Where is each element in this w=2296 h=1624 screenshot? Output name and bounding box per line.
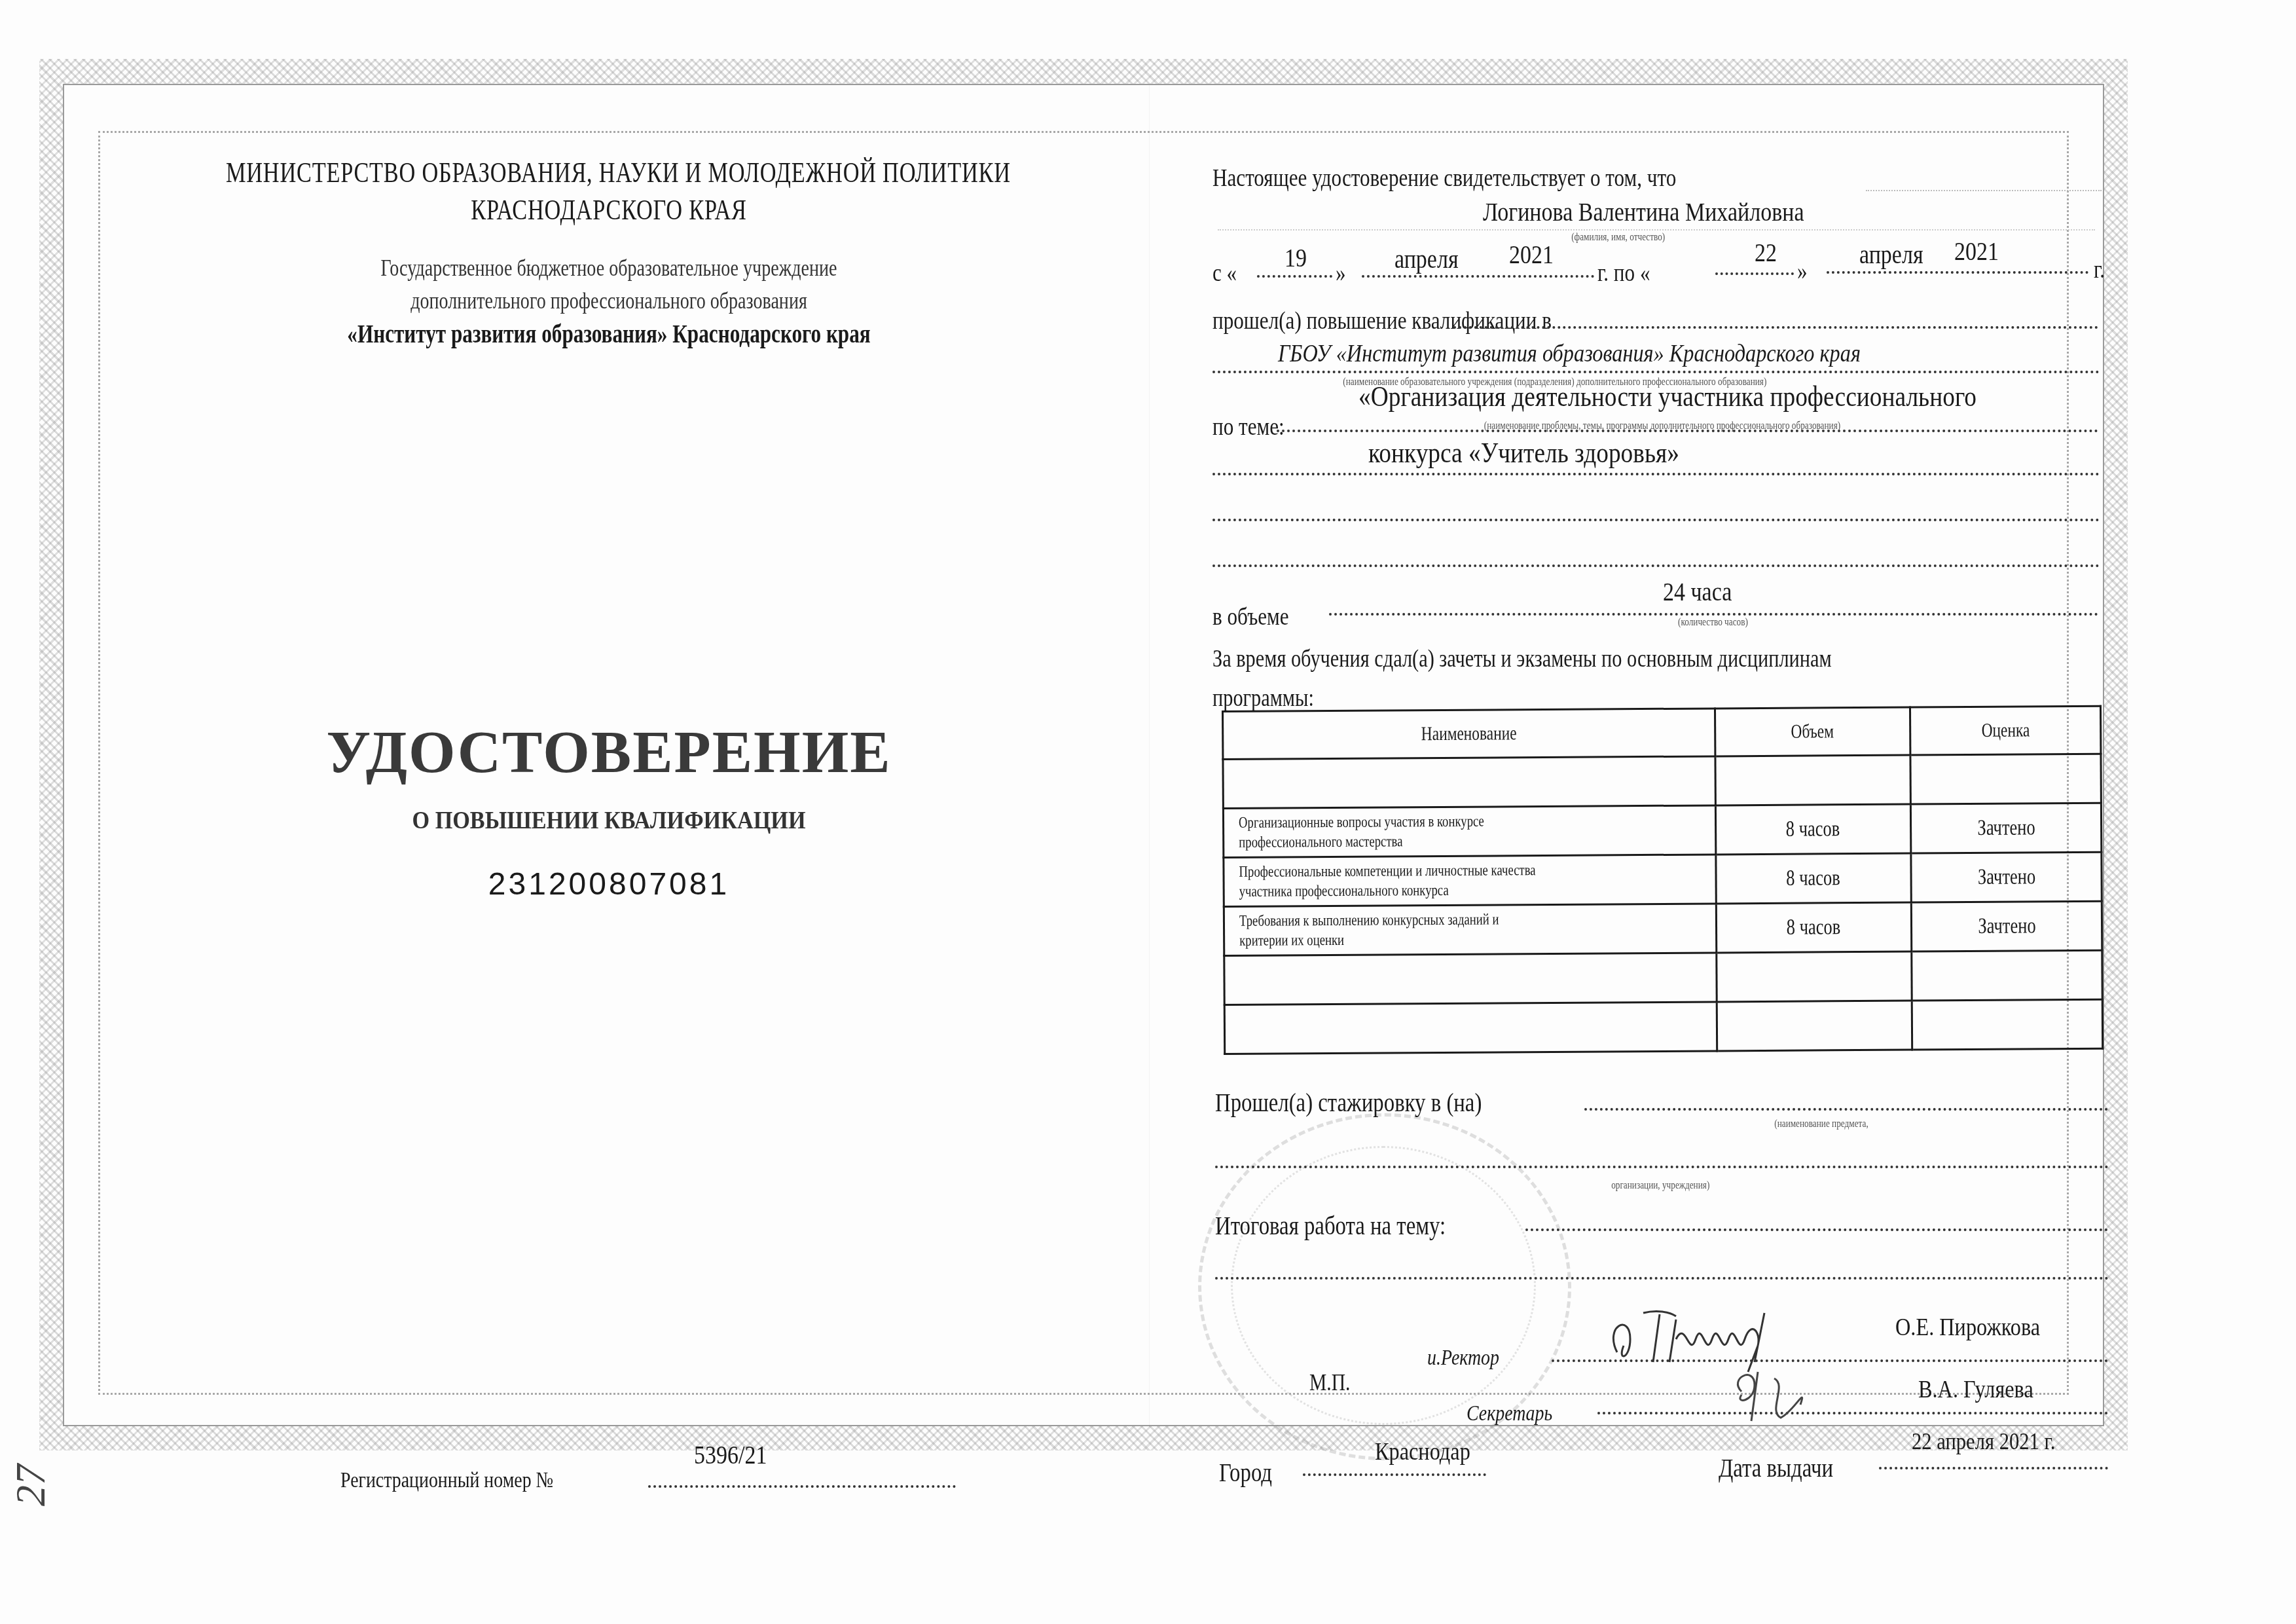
date-to-suffix: » — [1797, 257, 1808, 286]
name-caption: (фамилия, имя, отчество) — [1571, 231, 1665, 244]
issue-date-dotline — [1879, 1467, 2108, 1469]
table-row: Профессиональные компетенции и личностны… — [1224, 852, 2102, 906]
secretary-dotline — [1597, 1412, 2108, 1414]
row-volume — [1715, 755, 1911, 805]
date-to-prefix: г. по « — [1597, 259, 1650, 287]
internship-caption-2: организации, учреждения) — [1611, 1179, 1709, 1192]
row-grade: Зачтено — [1978, 913, 2035, 939]
ministry-line-2: КРАСНОДАРСКОГО КРАЯ — [226, 193, 992, 227]
row-name-2: участника профессионального конкурса — [1239, 879, 1611, 901]
institution-dotline — [1212, 371, 2100, 373]
topic-line-1: «Организация деятельности участника проф… — [1358, 380, 1977, 413]
row-grade — [1912, 999, 2102, 1050]
topic-label: по теме: — [1212, 413, 1285, 441]
institution-value: ГБОУ «Институт развития образования» Кра… — [1278, 339, 1861, 368]
col-header-volume: Объем — [1791, 720, 1834, 743]
passed-label: прошел(а) повышение квалификации в — [1212, 306, 1552, 335]
table-row — [1224, 950, 2102, 1005]
final-work-dotline — [1525, 1228, 2108, 1231]
row-name — [1240, 1027, 1611, 1029]
ministry-line-1: МИНИСТЕРСТВО ОБРАЗОВАНИЯ, НАУКИ И МОЛОДЕ… — [226, 156, 992, 189]
row-volume: 8 часов — [1787, 915, 1841, 940]
row-volume — [1717, 1001, 1912, 1051]
doc-number: 231200807081 — [249, 866, 969, 902]
table-row — [1223, 754, 2101, 808]
final-work-label: Итоговая работа на тему: — [1215, 1210, 1446, 1241]
city-label: Город — [1219, 1457, 1272, 1488]
row-name: Организационные вопросы участия в конкур… — [1239, 811, 1610, 832]
table-row: Требования к выполнению конкурсных задан… — [1224, 901, 2102, 955]
page-fold — [1149, 85, 1150, 1428]
row-name — [1240, 978, 1611, 980]
doc-subtitle: О ПОВЫШЕНИИ КВАЛИФИКАЦИИ — [285, 806, 933, 835]
date-from-year: 2021 — [1509, 239, 1554, 270]
grades-table: Наименование Объем Оценка Организационны… — [1222, 705, 2104, 1055]
from-day-dotline — [1257, 275, 1332, 278]
exams-line-2: программы: — [1212, 684, 1314, 712]
col-header-name: Наименование — [1421, 722, 1517, 745]
secretary-signature-icon — [1728, 1365, 1820, 1424]
volume-label: в объеме — [1212, 602, 1289, 631]
date-to-end: г. — [2094, 255, 2105, 284]
row-volume — [1716, 951, 1912, 1002]
topic-line-2: конкурса «Учитель здоровья» — [1368, 436, 1679, 470]
row-volume: 8 часов — [1787, 866, 1841, 891]
volume-caption: (количество часов) — [1678, 616, 1748, 629]
reg-number: 5396/21 — [694, 1439, 767, 1470]
date-to-year: 2021 — [1954, 236, 1999, 267]
row-name: Профессиональные компетенции и личностны… — [1239, 860, 1610, 881]
row-name: Требования к выполнению конкурсных задан… — [1239, 909, 1611, 931]
city-value: Краснодар — [1375, 1437, 1470, 1466]
date-from-month: апреля — [1394, 244, 1459, 274]
issue-date-label: Дата выдачи — [1719, 1452, 1833, 1483]
row-grade — [1910, 754, 2101, 804]
row-name-2: критерии их оценки — [1239, 929, 1611, 950]
full-name: Логинова Валентина Михайловна — [1483, 196, 1804, 227]
topic-dotline-2 — [1212, 473, 2100, 475]
row-grade: Зачтено — [1977, 815, 2035, 841]
intro-text: Настоящее удостоверение свидетельствует … — [1212, 164, 1676, 193]
from-month-dotline — [1362, 275, 1594, 278]
row-grade: Зачтено — [1977, 864, 2035, 890]
date-to-month: апреля — [1859, 239, 1923, 270]
handwritten-mark: 27 — [7, 1464, 55, 1506]
internship-dotline — [1584, 1108, 2108, 1111]
rector-name: О.Е. Пирожкова — [1895, 1313, 2040, 1342]
final-work-dotline-2 — [1215, 1277, 2109, 1280]
institution-line-3: «Институт развития образования» Краснода… — [226, 318, 992, 349]
topic-dotline-3 — [1212, 519, 2100, 521]
topic-caption: (наименование проблемы, темы, программы … — [1484, 419, 1840, 432]
to-day-dotline — [1715, 272, 1794, 275]
reg-dotline — [648, 1485, 956, 1488]
table-row: Организационные вопросы участия в конкур… — [1223, 803, 2101, 857]
doc-title: УДОСТОВЕРЕНИЕ — [249, 717, 969, 786]
volume-value: 24 часа — [1663, 576, 1732, 607]
row-name — [1239, 781, 1610, 783]
row-name-2 — [1239, 781, 1610, 783]
date-from-suffix: » — [1336, 259, 1346, 287]
table-header-row: Наименование Объем Оценка — [1223, 706, 2101, 759]
secretary-label: Секретарь — [1467, 1401, 1552, 1426]
issue-date-value: 22 апреля 2021 г. — [1912, 1428, 2055, 1455]
city-dotline — [1303, 1473, 1486, 1476]
stamp-label: М.П. — [1309, 1369, 1350, 1396]
date-to-day: 22 — [1755, 237, 1777, 268]
passed-dotline — [1453, 326, 2098, 329]
internship-dotline-2 — [1215, 1166, 2109, 1168]
row-grade — [1912, 950, 2102, 1001]
institution-line-2: дополнительного профессионального образо… — [226, 287, 992, 314]
to-month-dotline — [1827, 271, 2088, 274]
date-from-prefix: с « — [1212, 259, 1237, 287]
topic-dotline-4 — [1212, 564, 2100, 567]
reg-label: Регистрационный номер № — [340, 1468, 553, 1493]
col-header-grade: Оценка — [1981, 719, 2030, 741]
row-name-2: профессионального мастерства — [1239, 830, 1610, 852]
row-volume: 8 часов — [1786, 817, 1840, 842]
rector-label: и.Ректор — [1427, 1346, 1499, 1371]
internship-caption-1: (наименование предмета, — [1774, 1117, 1868, 1130]
internship-label: Прошел(а) стажировку в (на) — [1215, 1087, 1482, 1118]
institution-line-1: Государственное бюджетное образовательно… — [226, 254, 992, 282]
date-from-day: 19 — [1285, 242, 1307, 273]
exams-line-1: За время обучения сдал(а) зачеты и экзам… — [1212, 645, 1832, 673]
table-row — [1224, 999, 2102, 1054]
secretary-name: В.А. Гуляева — [1918, 1375, 2033, 1404]
official-seal-inner — [1231, 1146, 1536, 1425]
intro-dotline — [1866, 190, 2102, 191]
